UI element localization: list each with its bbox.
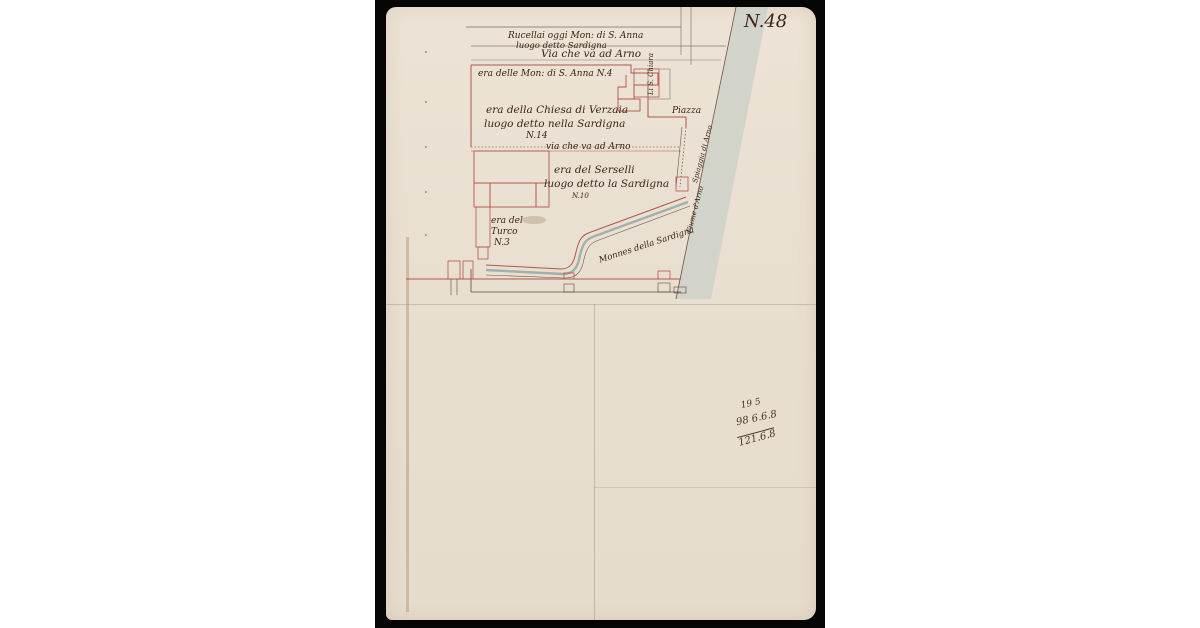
map-sheet: N.48 Rucellai oggi Mon: di S. Anna luogo…	[386, 7, 816, 620]
river-arno	[676, 7, 768, 299]
label-parcel-serselli-2: luogo detto la Sardigna	[544, 179, 669, 190]
label-santa-chiara: Li S. Chiara	[648, 53, 655, 95]
label-parcel-turco-1: era del	[491, 217, 523, 226]
label-parcel-santanna: era delle Mon: di S. Anna N.4	[478, 70, 612, 79]
label-road-top: Via che va ad Arno	[541, 49, 641, 60]
label-parcel-serselli-number: N.10	[572, 193, 589, 200]
label-parcel-verzaia-2: luogo detto nella Sardigna	[484, 119, 625, 130]
label-piazza: Piazza	[672, 107, 701, 116]
sheet-number: N.48	[744, 13, 787, 31]
label-parcel-verzaia-1: era della Chiesa di Verzaia	[486, 105, 628, 116]
label-parcel-verzaia-number: N.14	[526, 132, 548, 141]
ink-stain	[522, 216, 546, 224]
label-road-middle: via che va ad Arno	[546, 143, 631, 152]
label-parcel-turco-number: N.3	[494, 239, 510, 248]
map-drawing	[386, 7, 816, 620]
label-rucellai: Rucellai oggi Mon: di S. Anna	[508, 32, 643, 41]
label-parcel-turco-2: Turco	[491, 228, 518, 237]
label-parcel-serselli-1: era del Serselli	[554, 165, 635, 176]
